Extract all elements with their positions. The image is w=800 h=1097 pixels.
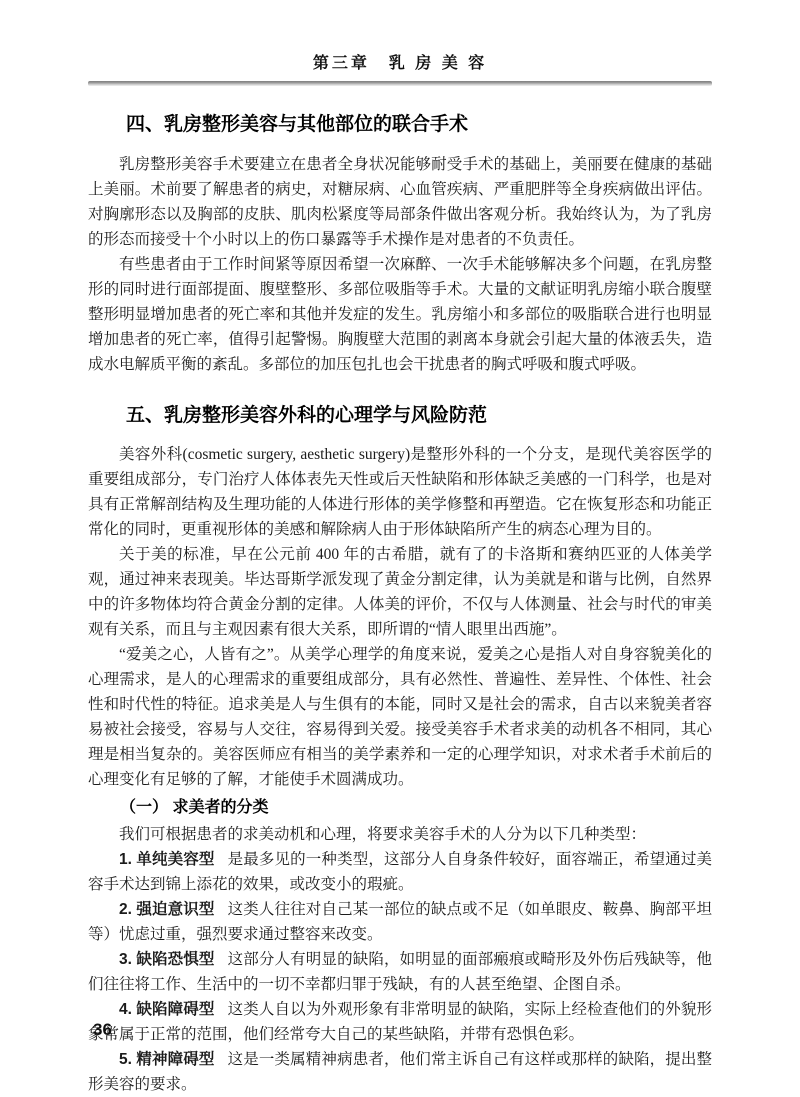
item-term: 3. 缺陷恐惧型 xyxy=(119,951,228,968)
section-heading-four: 四、乳房整形美容与其他部位的联合手术 xyxy=(88,113,712,138)
book-page: 第三章 乳 房 美 容 四、乳房整形美容与其他部位的联合手术 乳房整形美容手术要… xyxy=(0,0,800,1097)
page-body: 四、乳房整形美容与其他部位的联合手术 乳房整形美容手术要建立在患者全身状况能够耐… xyxy=(88,113,712,1097)
item-term: 2. 强迫意识型 xyxy=(119,901,228,918)
list-item: 1. 单纯美容型是最多见的一种类型，这部分人自身条件较好，面容端正，希望通过美容… xyxy=(88,847,712,897)
paragraph: “爱美之心，人皆有之”。从美学心理学的角度来说，爱美之心是指人对自身容貌美化的心… xyxy=(88,642,712,792)
chapter-title: 第三章 乳 房 美 容 xyxy=(0,50,800,73)
section-heading-five: 五、乳房整形美容外科的心理学与风险防范 xyxy=(88,404,712,429)
paragraph: 有些患者由于工作时间紧等原因希望一次麻醉、一次手术能够解决多个问题，在乳房整形的… xyxy=(88,252,712,377)
paragraph: 我们可根据患者的求美动机和心理，将要求美容手术的人分为以下几种类型： xyxy=(88,822,712,847)
paragraph: 乳房整形美容手术要建立在患者全身状况能够耐受手术的基础上，美丽要在健康的基础上美… xyxy=(88,152,712,252)
item-term: 1. 单纯美容型 xyxy=(119,851,228,868)
item-term: 4. 缺陷障碍型 xyxy=(119,1001,228,1018)
page-number: 36 xyxy=(93,1020,112,1040)
list-item: 2. 强迫意识型这类人往往对自己某一部位的缺点或不足（如单眼皮、鞍鼻、胸部平坦等… xyxy=(88,897,712,947)
header-rule xyxy=(88,81,712,86)
item-term: 5. 精神障碍型 xyxy=(119,1051,228,1068)
list-item: 5. 精神障碍型这是一类属精神病患者，他们常主诉自己有这样或那样的缺陷，提出整形… xyxy=(88,1047,712,1097)
paragraph: 美容外科(cosmetic surgery, aesthetic surgery… xyxy=(88,442,712,542)
list-item: 3. 缺陷恐惧型这部分人有明显的缺陷，如明显的面部瘢痕或畸形及外伤后残缺等，他们… xyxy=(88,947,712,997)
paragraph: 关于美的标准，早在公元前 400 年的古希腊，就有了的卡洛斯和赛纳匹亚的人体美学… xyxy=(88,542,712,642)
running-header: 第三章 乳 房 美 容 xyxy=(0,0,800,86)
list-item: 4. 缺陷障碍型这类人自以为外观形象有非常明显的缺陷，实际上经检查他们的外貌形象… xyxy=(88,997,712,1047)
subsection-heading-classification: （一） 求美者的分类 xyxy=(88,795,712,820)
